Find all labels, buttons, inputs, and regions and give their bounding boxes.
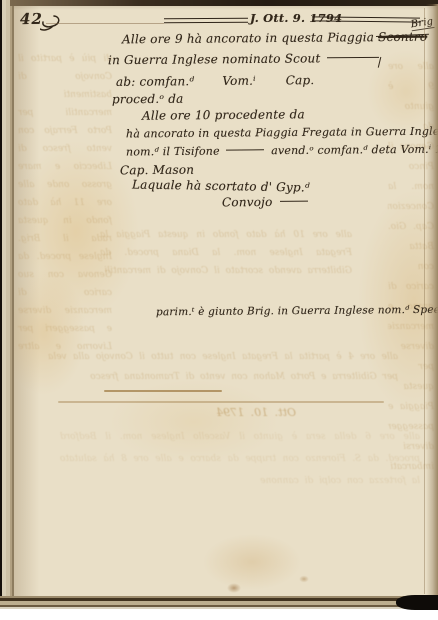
manuscript-page: di più è partito il Convojo di bastiment… bbox=[14, 2, 438, 598]
book-top-edge bbox=[10, 0, 438, 6]
header-rule-faint bbox=[46, 23, 164, 24]
entry3-line: parim.ᵗ è giunto Brig. in Guerra Inglese… bbox=[156, 304, 438, 319]
blank-fill-dash bbox=[226, 149, 264, 150]
entry1-line3-a: ab: comfan.ᵈ bbox=[116, 74, 194, 89]
entry2-line3-a: nom.ᵈ il Tisifone bbox=[126, 145, 220, 159]
bleedthrough-text-left: di più è partito il Convojo di bastiment… bbox=[18, 50, 112, 360]
entry2-line5: Laquale hà scortato d' Gyp.ᵈ bbox=[132, 177, 310, 194]
entry1-line1: Alle ore 9 hà ancorato in questa Piaggia… bbox=[122, 30, 427, 47]
entry1-line3-c: Cap. bbox=[286, 73, 315, 87]
bleedthrough-rule-long bbox=[58, 401, 384, 403]
entry1-line4: proced.ᵒ da bbox=[112, 92, 184, 107]
book-bottom-edge bbox=[0, 596, 438, 609]
entry1-line1-text: Alle ore 9 hà ancorato in questa Piaggia bbox=[122, 30, 374, 46]
manuscript-scan: di più è partito il Convojo di bastiment… bbox=[0, 0, 438, 620]
entry1-line2: in Guerra Inglese nominato Scout bbox=[108, 51, 383, 67]
entry2-line6-text: Convojo bbox=[222, 195, 273, 209]
entry2-line3: nom.ᵈ il Tisifone avend.ᵒ comfan.ᵈ deta … bbox=[126, 143, 438, 159]
entry2-line4: Cap. Mason bbox=[120, 163, 194, 178]
bleedthrough-text-center: alle ore 10 hà dato fondo in questa Piag… bbox=[100, 226, 352, 302]
entry2-line2: hà ancorato in questa Piaggia Fregata in… bbox=[126, 125, 438, 141]
bottom-right-shadow-blob bbox=[396, 595, 438, 610]
header-rule-left bbox=[164, 18, 248, 24]
entry2-line1: Alle ore 10 procedente da bbox=[142, 107, 305, 122]
blank-line-dash bbox=[327, 57, 379, 58]
bleedthrough-text-strong: Ott. 10. 1794 bbox=[164, 406, 296, 422]
bleedthrough-rule-short bbox=[104, 390, 222, 392]
entry2-line6: Convojo bbox=[222, 195, 311, 210]
book-binding-left-edge bbox=[0, 0, 14, 608]
page-crease-line bbox=[424, 8, 425, 594]
entry2-line3-b: avend.ᵒ comfan.ᵈ deta Vom.ⁱ 125 bbox=[271, 143, 438, 158]
entry1-line3: ab: comfan.ᵈVom.ⁱCap. bbox=[116, 73, 315, 89]
entry1-line2-text: in Guerra Inglese nominato Scout bbox=[108, 51, 321, 67]
entry1-line3-b: Vom.ⁱ bbox=[222, 74, 256, 88]
page-right-edge bbox=[426, 4, 438, 596]
bleedthrough-text-mid: alle ore 4 è partita la Fregata Inglese … bbox=[48, 347, 398, 389]
entry1-crossed-out-word: Scontro Brig bbox=[378, 30, 427, 44]
trailing-flourish-dash bbox=[279, 201, 307, 202]
entry1-struck-text: Scontro bbox=[378, 30, 427, 44]
bleedthrough-text-bottom: alle ore 6 della sera è giunto il Vascel… bbox=[60, 426, 420, 526]
